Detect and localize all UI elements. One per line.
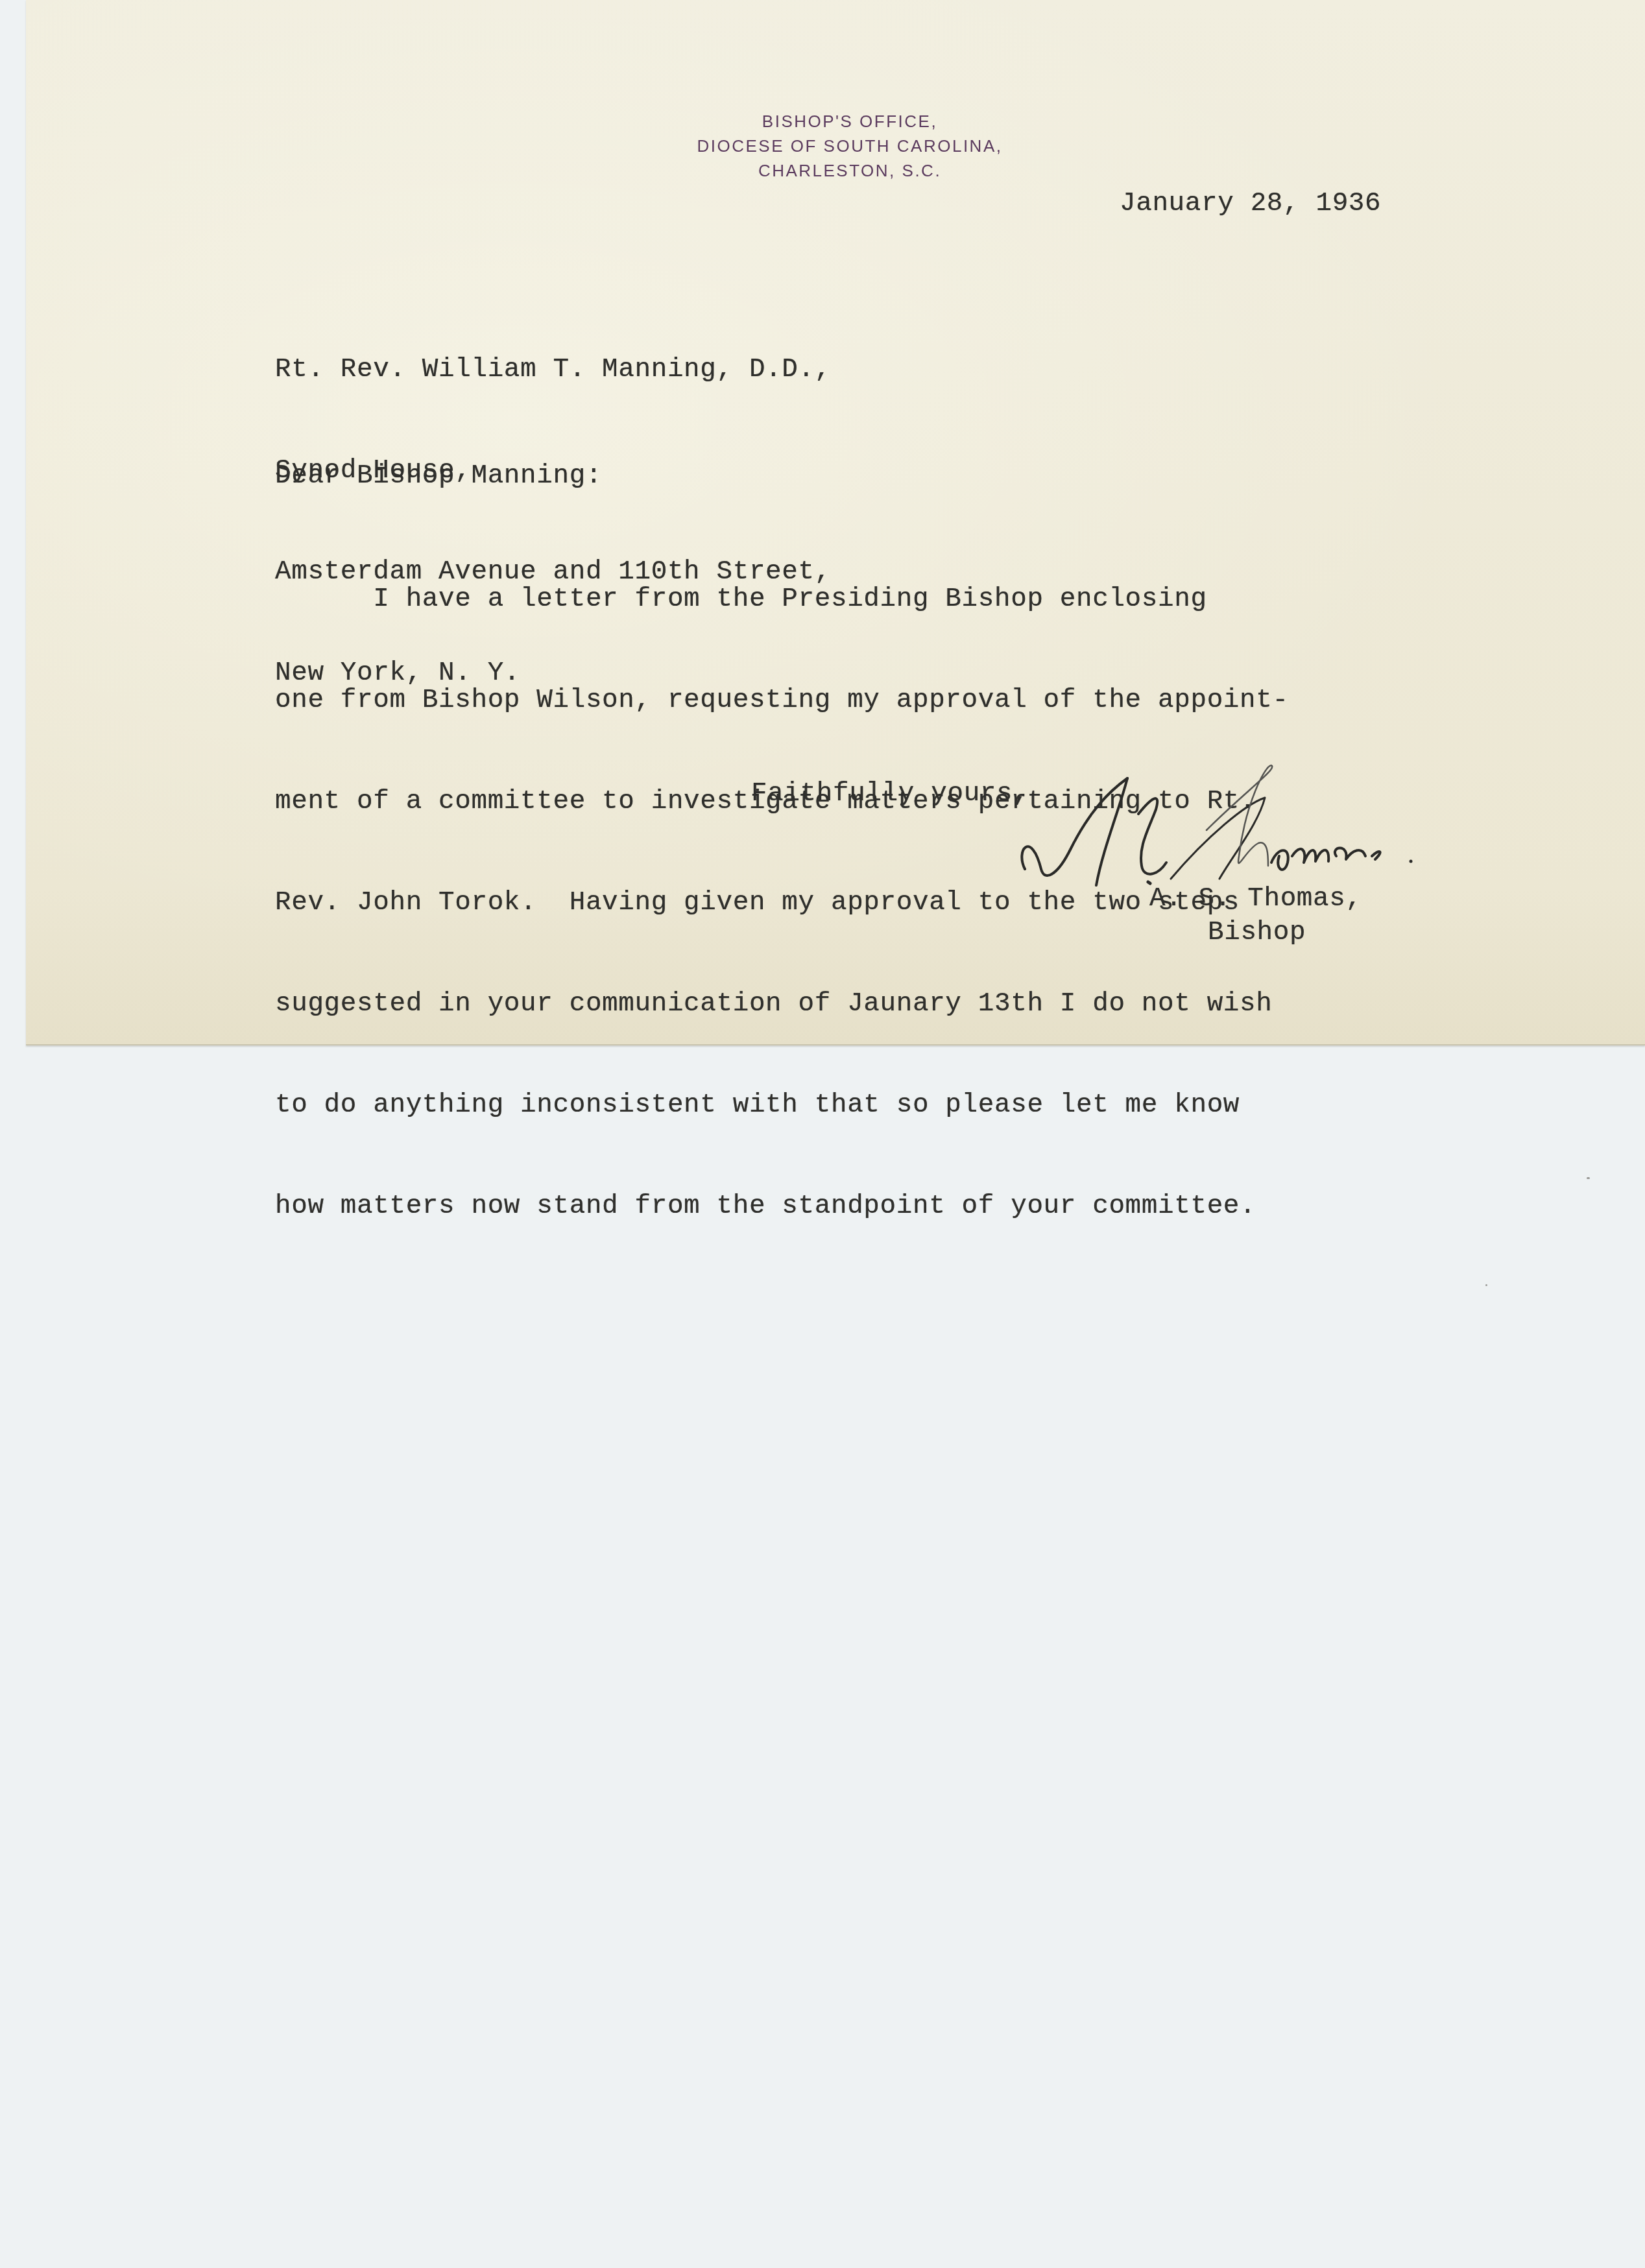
letterhead-line-office: BISHOP'S OFFICE, <box>616 109 1083 134</box>
body-line: suggested in your communication of Jauna… <box>275 987 1289 1021</box>
letter-date: January 28, 1936 <box>1120 187 1381 221</box>
recipient-name: Rt. Rev. William T. Manning, D.D., <box>275 353 831 387</box>
paper-speck <box>1485 1284 1487 1286</box>
salutation: Dear Bishop Manning: <box>275 459 602 493</box>
typed-signature-title: Bishop <box>1208 916 1306 949</box>
body-line: how matters now stand from the standpoin… <box>275 1189 1289 1223</box>
letterhead-line-city: CHARLESTON, S.C. <box>616 158 1083 183</box>
body-line: one from Bishop Wilson, requesting my ap… <box>275 684 1289 717</box>
body-line: to do anything inconsistent with that so… <box>275 1088 1289 1122</box>
letterhead-line-diocese: DIOCESE OF SOUTH CAROLINA, <box>616 134 1083 158</box>
body-line: I have a letter from the Presiding Bisho… <box>275 582 1289 616</box>
letterhead: BISHOP'S OFFICE, DIOCESE OF SOUTH CAROLI… <box>616 109 1083 183</box>
closing: Faithfully yours, <box>751 777 1029 811</box>
typed-signature-name: A. S. Thomas, <box>1149 882 1362 916</box>
paper-speck <box>1587 1177 1590 1179</box>
